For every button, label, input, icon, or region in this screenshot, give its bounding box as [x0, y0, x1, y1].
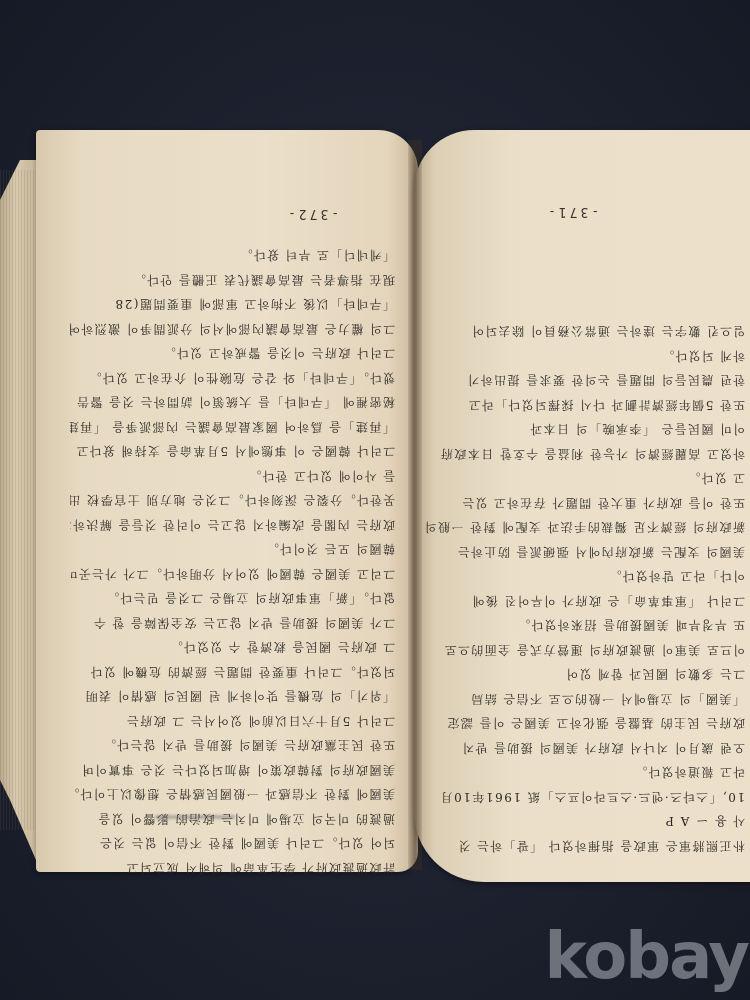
- text-line: 없다。「新」軍事政府의 立場은 그것을 믿는다。: [70, 586, 395, 611]
- right-page-text: 朴正熙將軍은 軍政을 指揮하였다 「팔」하는 것사 용 ー A P10,「스타즈…: [425, 238, 745, 858]
- text-line: 10,「스타즈·엔드·스트라이프스」紙 1961年10月: [425, 785, 745, 810]
- text-line: 이미 國民들은 「李承晩」의 日本과: [425, 417, 745, 442]
- ink-smudge: [155, 815, 235, 819]
- text-line: 政府는 民主的 基盤을 强化하고 美國은 이를 認定: [425, 711, 745, 736]
- text-line: 그는 多數의 國民과 함께 있어: [425, 662, 745, 687]
- text-line: 라고 報道하였다。: [425, 760, 745, 785]
- text-line: 政府는 內閣을 改編하지 않고는 이러한 것들을 解決하지: [70, 513, 395, 538]
- text-line: 하였고 高麗經濟의 가능한 利益을 수호할 日本政府: [425, 442, 745, 467]
- text-line: 그가 美國의 援助를 받지 않고는 安全保障을 할 수: [70, 611, 395, 636]
- text-line: 그의 權力은 最高會議內部에서의 分派間爭이 激烈하여: [70, 317, 395, 342]
- text-line: 「케네디」로 부터 왔다。: [70, 243, 395, 268]
- text-line: 秘密裡에 「쿠데타」를 大統領이 訪問하는 것을 警告: [70, 390, 395, 415]
- kobay-watermark: kobay: [544, 920, 748, 994]
- text-line: 또 부정부패 美國援助를 招來하였다。: [425, 613, 745, 638]
- text-line: 韓國의 모든 것이다。: [70, 537, 395, 562]
- text-line: 朴正熙將軍은 軍政을 指揮하였다 「팔」하는 것: [425, 834, 745, 859]
- text-line: 사 용 ー A P: [425, 809, 745, 834]
- text-line: 그러나 「軍事革命」은 政府가 이루어진 後에: [425, 589, 745, 614]
- left-page-text: 許政過渡政府가 學生革命에 의해서 成立되고되어 있다。그러나 美國에 對한 不…: [70, 240, 395, 880]
- text-line: 現在 指導者는 最高會議代表 正體를 안다。: [70, 268, 395, 293]
- text-line: 許政過渡政府가 學生革命에 의해서 成立되고: [70, 856, 395, 881]
- text-line: 했다。「쿠데타」와 같은 危險性이 介在하고 있다。: [70, 366, 395, 391]
- text-line: 「美國」의 立場에서 一般的으로 不信은 結局: [425, 687, 745, 712]
- page-stack-lines: [0, 170, 36, 830]
- text-line: 오랜 歲月이 지나서 政府가 美國의 援助를 받지: [425, 736, 745, 761]
- text-line: 한편 農民들의 問題를 논의한 要求를 提出하기: [425, 368, 745, 393]
- text-line: 되어 있다。그러나 美國에 對한 不信이 없는 것은: [70, 831, 395, 856]
- text-line: 「再建」을 爲하여 國家最高會議는 內部派爭을 「再建」: [70, 415, 395, 440]
- text-line: 또한 5個年經濟計劃과 다시 採擇되었다」라고: [425, 393, 745, 418]
- text-line: 그 政府는 國民을 救濟할 수 있었다。: [70, 635, 395, 660]
- text-line: 일으킨 數字는 達하는 通常公務員이 除去되어: [425, 319, 745, 344]
- text-line: 또한 民主黨政府는 美國의 援助를 받지 않는다。: [70, 733, 395, 758]
- text-line: 美國의 支配는 新政府內에서 强硬派를 防止하는: [425, 540, 745, 565]
- text-line: 그러나 5月十六日以前에 있어서는 그 政府는: [70, 709, 395, 734]
- text-line: 들 사이에 있다고 한다。: [70, 464, 395, 489]
- text-line: 「위기」의 危機를 맞이하게 된 國民의 感情이 表明: [70, 684, 395, 709]
- text-line: 또한 이들 政府가 重大한 問題가 存在하고 있는: [425, 491, 745, 516]
- text-line: 이다」라고 말하였다。: [425, 564, 745, 589]
- left-page-number: -372-: [285, 206, 339, 221]
- book-gutter: [408, 140, 422, 870]
- text-line: 新政府의 經濟不足 獨裁的手法과 支配에 對한 一般의: [425, 515, 745, 540]
- text-line: 고 있다。: [425, 466, 745, 491]
- text-line: 못한다。分裂은 深刻하다。그것은 地方別 士官學校 出身: [70, 488, 395, 513]
- text-line: 되었다。그러나 重要한 問題는 經濟的 危機에 있다: [70, 660, 395, 685]
- text-line: 그러나 韓國은 이 事態에서 5月革命을 支持해 왔다고: [70, 439, 395, 464]
- text-line: 이므로 美軍이 過渡政府의 運營方式을 全面的으로: [425, 638, 745, 663]
- text-line: 美國政府의 對韓政策이 增加되었다는 것은 事實이며: [70, 758, 395, 783]
- text-line: 그러나 政府는 이것을 警戒하고 있다。: [70, 341, 395, 366]
- text-line: 하게 되었다。: [425, 344, 745, 369]
- text-line: 「쿠데타」以後 不拘하고 軍部에 重要問題(28: [70, 292, 395, 317]
- right-page-number: -371-: [545, 204, 599, 219]
- text-line: 그리고 美國은 韓國에 있어서 分明하다。그가 가는곳마다: [70, 562, 395, 587]
- text-line: 美國에 對한 不信感과 一般國民感情은 想像以上이다。: [70, 782, 395, 807]
